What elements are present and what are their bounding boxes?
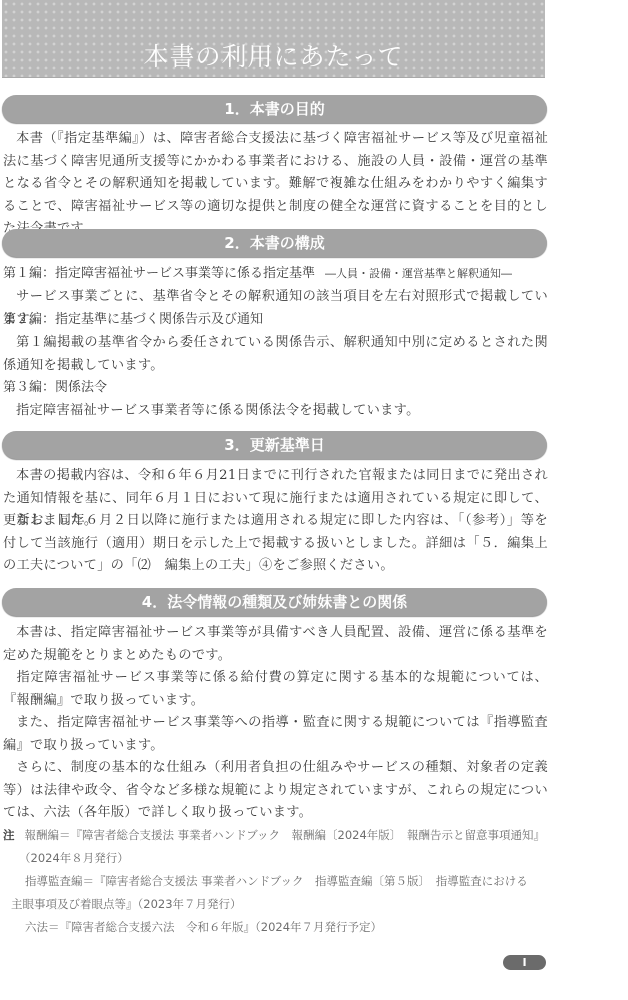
part-2-title: 第２編：指定基準に基づく関係告示及び通知 [3, 309, 563, 331]
part-3-description: 指定障害福祉サービス事業者等に係る関係法令を掲載しています。 [3, 400, 548, 423]
paragraph-text: 本書（『指定基準編』）は、障害者総合支援法に基づく障害福祉サービス等及び児童福祉… [3, 131, 548, 236]
note-item-1-continued: （2024年８月発行） [3, 847, 553, 870]
note-item-2-continued: 主眼事項及び着眼点等』（2023年７月発行） [3, 893, 553, 916]
note-block: 注報酬編＝『障害者総合支援法 事業者ハンドブック 報酬編〔2024年版〕 報酬告… [3, 824, 553, 939]
part-title-text: 第１編：指定障害福祉サービス事業等に係る指定基準 [3, 266, 315, 281]
note-item-3: 六法＝『障害者総合支援六法 令和６年版』（2024年７月発行予定） [3, 916, 553, 939]
paragraph-text: 本書は、指定障害福祉サービス事業等が具備すべき人員配置、設備、運営に係る基準を定… [3, 625, 548, 663]
page-header-banner: 本書の利用にあたって [2, 0, 545, 78]
part-3-title: 第３編：関係法令 [3, 377, 563, 399]
section-heading-purpose: 1．本書の目的 [2, 95, 547, 123]
paragraph-text: さらに、制度の基本的な仕組み（利用者負担の仕組みやサービスの種類、対象者の定義等… [3, 760, 548, 820]
section-4-paragraph-3: また、指定障害福祉サービス事業等への指導・監査に関する規範については『指導監査編… [3, 712, 548, 757]
section-1-paragraph: 本書（『指定基準編』）は、障害者総合支援法に基づく障害福祉サービス等及び児童福祉… [3, 128, 548, 241]
section-4-paragraph-4: さらに、制度の基本的な仕組み（利用者負担の仕組みやサービスの種類、対象者の定義等… [3, 757, 548, 825]
part-subtitle-text: ―人員・設備・運営基準と解釈通知― [325, 267, 512, 280]
section-4-paragraph-1: 本書は、指定障害福祉サービス事業等が具備すべき人員配置、設備、運営に係る基準を定… [3, 622, 548, 667]
part-2-description: 第１編掲載の基準省令から委任されている関係告示、解釈通知中別に定めるとされた関係… [3, 332, 548, 377]
section-3-paragraph-2: なお、同年６月２日以降に施行または適用される規定に即した内容は、「（参考）」等を… [3, 510, 548, 578]
note-label: 注 [3, 828, 15, 842]
part-title-text: 第３編：関係法令 [3, 380, 107, 395]
page-title: 本書の利用にあたって [2, 42, 545, 72]
paragraph-text: なお、同年６月２日以降に施行または適用される規定に即した内容は、「（参考）」等を… [3, 513, 548, 573]
section-heading-structure: 2．本書の構成 [2, 229, 547, 257]
section-heading-law-info: 4．法令情報の種類及び姉妹書との関係 [2, 588, 547, 616]
note-item-2: 指導監査編＝『障害者総合支援法 事業者ハンドブック 指導監査編〔第５版〕 指導監… [3, 870, 553, 893]
part-title-text: 第２編：指定基準に基づく関係告示及び通知 [3, 312, 263, 327]
paragraph-text: 第１編掲載の基準省令から委任されている関係告示、解釈通知中別に定めるとされた関係… [3, 335, 548, 373]
note-text: 報酬編＝『障害者総合支援法 事業者ハンドブック 報酬編〔2024年版〕 報酬告示… [25, 828, 546, 842]
part-1-title: 第１編：指定障害福祉サービス事業等に係る指定基準―人員・設備・運営基準と解釈通知… [3, 263, 563, 285]
paragraph-text: 指定障害福祉サービス事業者等に係る関係法令を掲載しています。 [16, 403, 420, 418]
section-heading-update-date: 3．更新基準日 [2, 431, 547, 459]
paragraph-text: また、指定障害福祉サービス事業等への指導・監査に関する規範については『指導監査編… [3, 715, 548, 753]
page-number-badge: I [503, 955, 546, 970]
paragraph-text: 指定障害福祉サービス事業等に係る給付費の算定に関する基本的な規範については、『報… [3, 670, 548, 708]
note-item-1: 注報酬編＝『障害者総合支援法 事業者ハンドブック 報酬編〔2024年版〕 報酬告… [3, 824, 553, 847]
section-4-paragraph-2: 指定障害福祉サービス事業等に係る給付費の算定に関する基本的な規範については、『報… [3, 667, 548, 712]
